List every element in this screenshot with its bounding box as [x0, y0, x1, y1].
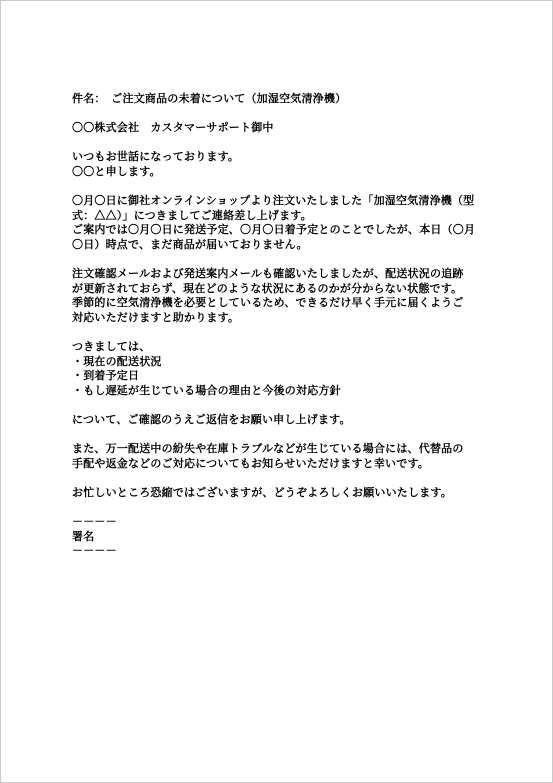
alternative-request-paragraph: また、万一配送中の紛失や在庫トラブルなどが生じている場合には、代替品の 手配や返…: [72, 442, 512, 471]
subject-line: 件名： ご注文商品の未着について（加湿空気清浄機）: [72, 92, 512, 107]
recipient-line: 〇〇株式会社 カスタマーサポート御中: [72, 121, 512, 136]
status-concern-paragraph: 注文確認メールおよび発送案内メールも確認いたしましたが、配送状況の追跡 が更新さ…: [72, 267, 512, 325]
reply-request-paragraph: について、ご確認のうえご返信をお願い申し上げます。: [72, 413, 512, 428]
email-document-page: 件名： ご注文商品の未着について（加湿空気清浄機） 〇〇株式会社 カスタマーサポ…: [0, 0, 553, 783]
signature-block: －－－－ 署名 －－－－: [72, 515, 512, 559]
order-details-paragraph: 〇月〇日に御社オンラインショップより注文いたしました「加湿空気清浄機（型 式：△…: [72, 194, 512, 252]
request-list: つきましては、 ・現在の配送状況 ・到着予定日 ・もし遅延が生じている場合の理由…: [72, 340, 512, 398]
greeting-paragraph: いつもお世話になっております。 〇〇と申します。: [72, 150, 512, 179]
closing-paragraph: お忙しいところ恐縮ではございますが、どうぞよろしくお願いいたします。: [72, 486, 512, 501]
email-body-text: 件名： ご注文商品の未着について（加湿空気清浄機） 〇〇株式会社 カスタマーサポ…: [72, 92, 512, 559]
